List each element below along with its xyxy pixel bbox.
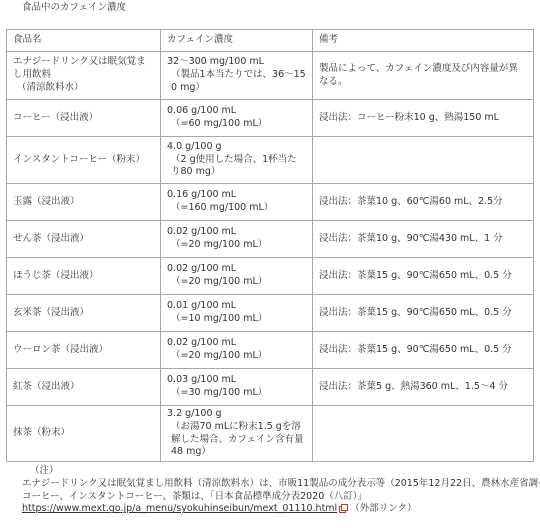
- table-row: 玉露（浸出液） 0.16 g/100 mL （=160 mg/100 mL） 浸…: [7, 184, 534, 221]
- concentration-cell: 0.02 g/100 mL （=20 mg/100 mL）: [161, 258, 313, 295]
- food-name-cell: 紅茶（浸出液）: [7, 369, 161, 406]
- remarks-cell: 浸出法：茶葉15 g、90℃湯650 mL、0.5 分: [313, 332, 534, 369]
- concentration-sub: （=20 mg/100 mL）: [167, 350, 306, 363]
- concentration: 0.02 g/100 mL: [167, 263, 236, 274]
- food-name-cell: ウーロン茶（浸出液）: [7, 332, 161, 369]
- food-name-cell: コーヒー（浸出液）: [7, 100, 161, 137]
- note-energy-drink-source: エナジードリンク又は眠気覚まし用飲料（清涼飲料水）は、市販11製品の成分表示等（…: [22, 478, 540, 491]
- caffeine-table: 食品名 カフェイン濃度 備考 エナジードリンク又は眠気覚まし用飲料 （清涼飲料水…: [6, 29, 534, 462]
- concentration-sub: （=20 mg/100 mL）: [167, 239, 306, 252]
- remarks-cell: 浸出法：茶葉15 g、90℃湯650 mL、0.5 分: [313, 258, 534, 295]
- concentration-sub: （=20 mg/100 mL）: [167, 276, 306, 289]
- concentration-cell: 0.01 g/100 mL （=10 mg/100 mL）: [161, 295, 313, 332]
- concentration: 32～300 mg/100 mL: [167, 56, 264, 67]
- table-row: せん茶（浸出液） 0.02 g/100 mL （=20 mg/100 mL） 浸…: [7, 221, 534, 258]
- concentration-sub: （2 g使用した場合、1杯当たり80 mg）: [167, 154, 306, 180]
- food-name-cell: 玉露（浸出液）: [7, 184, 161, 221]
- concentration-sub: （お湯70 mLに粉末1.5 gを溶解した場合、カフェイン含有量48 mg）: [167, 421, 306, 459]
- table-header-row: 食品名 カフェイン濃度 備考: [7, 30, 534, 52]
- food-name-cell: インスタントコーヒー（粉末）: [7, 137, 161, 184]
- concentration-sub: （=160 mg/100 mL）: [167, 202, 306, 215]
- remarks-cell: 浸出法：コーヒー粉末10 g、熱湯150 mL: [313, 100, 534, 137]
- concentration: 3.2 g/100 g: [167, 408, 222, 419]
- concentration: 0.06 g/100 mL: [167, 105, 236, 116]
- note-link-line: https://www.mext.go.jp/a_menu/syokuhinse…: [22, 503, 540, 516]
- remarks-cell: 製品によって、カフェイン濃度及び内容量が異なる。: [313, 52, 534, 100]
- concentration: 4.0 g/100 g: [167, 141, 222, 152]
- footnotes: （注） エナジードリンク又は眠気覚まし用飲料（清涼飲料水）は、市販11製品の成分…: [22, 465, 540, 516]
- concentration-cell: 0.02 g/100 mL （=20 mg/100 mL）: [161, 332, 313, 369]
- concentration-cell: 32～300 mg/100 mL （製品1本当たりでは、36～150 mg）: [161, 52, 313, 100]
- concentration-cell: 4.0 g/100 g （2 g使用した場合、1杯当たり80 mg）: [161, 137, 313, 184]
- concentration-sub: （製品1本当たりでは、36～150 mg）: [167, 69, 306, 95]
- concentration-sub: （=10 mg/100 mL）: [167, 313, 306, 326]
- remarks-cell: [313, 137, 534, 184]
- concentration-cell: 0.02 g/100 mL （=20 mg/100 mL）: [161, 221, 313, 258]
- header-remarks: 備考: [313, 30, 534, 52]
- table-row: 紅茶（浸出液） 0.03 g/100 mL （=30 mg/100 mL） 浸出…: [7, 369, 534, 406]
- concentration-cell: 0.03 g/100 mL （=30 mg/100 mL）: [161, 369, 313, 406]
- header-caffeine-concentration: カフェイン濃度: [161, 30, 313, 52]
- food-name-cell: 玄米茶（浸出液）: [7, 295, 161, 332]
- table-row: エナジードリンク又は眠気覚まし用飲料 （清涼飲料水） 32～300 mg/100…: [7, 52, 534, 100]
- concentration: 0.16 g/100 mL: [167, 189, 236, 200]
- remarks-cell: 浸出法：茶葉10 g、90℃湯430 mL、1 分: [313, 221, 534, 258]
- external-link-label: （外部リンク）: [350, 503, 416, 514]
- food-name: エナジードリンク又は眠気覚まし用飲料: [13, 56, 146, 80]
- header-food-name: 食品名: [7, 30, 161, 52]
- table-row: インスタントコーヒー（粉末） 4.0 g/100 g （2 g使用した場合、1杯…: [7, 137, 534, 184]
- concentration-cell: 0.16 g/100 mL （=160 mg/100 mL）: [161, 184, 313, 221]
- note-coffee-tea-source: コーヒー、インスタントコーヒー、茶類は、「日本食品標準成分表2020（八訂）」: [22, 491, 540, 504]
- remarks-cell: 浸出法：茶葉10 g、60℃湯60 mL、2.5分: [313, 184, 534, 221]
- table-row: ほうじ茶（浸出液） 0.02 g/100 mL （=20 mg/100 mL） …: [7, 258, 534, 295]
- table-row: ウーロン茶（浸出液） 0.02 g/100 mL （=20 mg/100 mL）…: [7, 332, 534, 369]
- concentration-sub: （=30 mg/100 mL）: [167, 387, 306, 400]
- page-title: 食品中のカフェイン濃度: [22, 2, 126, 15]
- remarks-cell: 浸出法：茶葉5 g、熱湯360 mL、1.5～4 分: [313, 369, 534, 406]
- concentration: 0.03 g/100 mL: [167, 374, 236, 385]
- table-row: コーヒー（浸出液） 0.06 g/100 mL （=60 mg/100 mL） …: [7, 100, 534, 137]
- food-name-cell: ほうじ茶（浸出液）: [7, 258, 161, 295]
- food-name-sub: （清涼飲料水）: [13, 82, 154, 95]
- food-name-cell: 抹茶（粉末）: [7, 406, 161, 462]
- notes-heading: （注）: [22, 465, 540, 478]
- food-name-cell: エナジードリンク又は眠気覚まし用飲料 （清涼飲料水）: [7, 52, 161, 100]
- external-link-icon: [339, 504, 347, 512]
- food-name-cell: せん茶（浸出液）: [7, 221, 161, 258]
- table-row: 抹茶（粉末） 3.2 g/100 g （お湯70 mLに粉末1.5 gを溶解した…: [7, 406, 534, 462]
- remarks-cell: 浸出法：茶葉15 g、90℃湯650 mL、0.5 分: [313, 295, 534, 332]
- concentration-cell: 0.06 g/100 mL （=60 mg/100 mL）: [161, 100, 313, 137]
- table-row: 玄米茶（浸出液） 0.01 g/100 mL （=10 mg/100 mL） 浸…: [7, 295, 534, 332]
- concentration: 0.02 g/100 mL: [167, 337, 236, 348]
- remarks-cell: [313, 406, 534, 462]
- concentration: 0.01 g/100 mL: [167, 300, 236, 311]
- concentration: 0.02 g/100 mL: [167, 226, 236, 237]
- mext-link[interactable]: https://www.mext.go.jp/a_menu/syokuhinse…: [22, 503, 337, 514]
- concentration-cell: 3.2 g/100 g （お湯70 mLに粉末1.5 gを溶解した場合、カフェイ…: [161, 406, 313, 462]
- concentration-sub: （=60 mg/100 mL）: [167, 118, 306, 131]
